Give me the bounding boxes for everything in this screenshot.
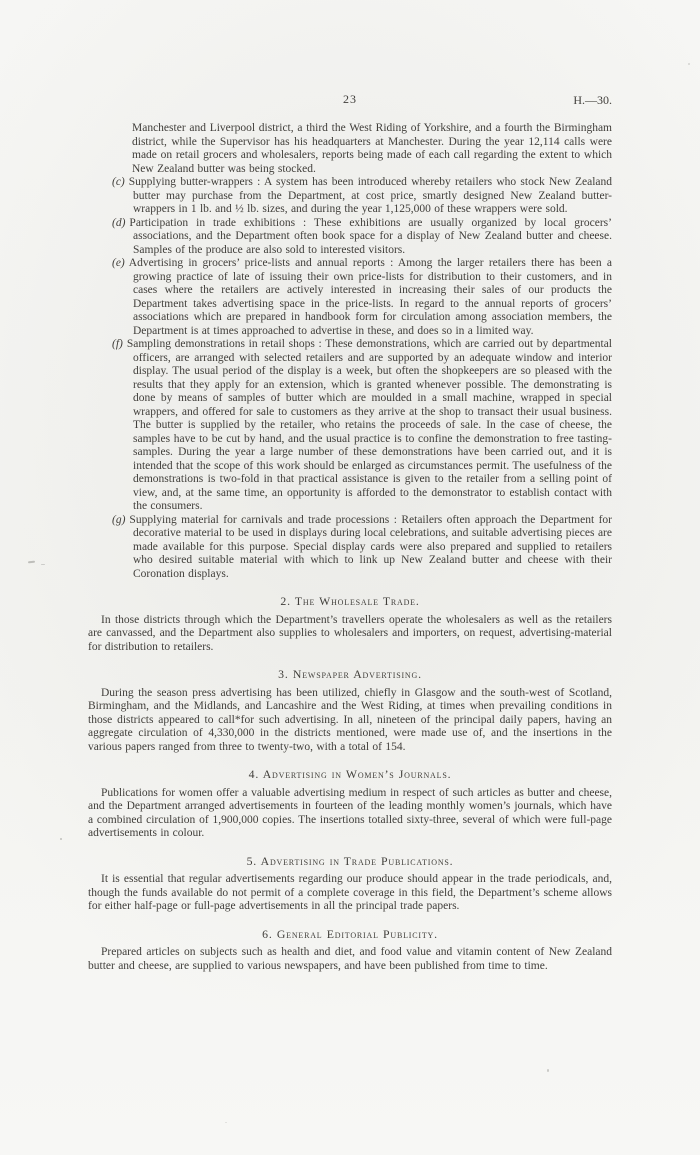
list-item-f: (f)Sampling demonstrations in retail sho… [88,338,612,514]
section-newspaper-advertising: 3. Newspaper Advertising. During the sea… [88,668,612,754]
section-editorial-publicity: 6. General Editorial Publicity. Prepared… [88,928,612,974]
scan-speck [380,136,381,137]
section-heading: 3. Newspaper Advertising. [88,668,612,682]
section-wholesale-trade: 2. The Wholesale Trade. In those distric… [88,595,612,654]
list-item-label: (e) [112,257,129,269]
scanned-document-page: 23 H.—30. Manchester and Liverpool distr… [0,0,700,1155]
scan-speck [688,63,690,65]
list-item-d: (d)Participation in trade exhibitions : … [88,217,612,258]
section-paragraph: Prepared articles on subjects such as he… [88,946,612,973]
scan-speck [225,1122,227,1123]
section-heading: 5. Advertising in Trade Publications. [88,855,612,869]
list-item-label: (d) [112,217,129,229]
list-item-label: (f) [112,338,127,350]
page-header: 23 H.—30. [88,92,612,107]
section-paragraph: It is essential that regular advertiseme… [88,873,612,914]
section-heading: 6. General Editorial Publicity. [88,928,612,942]
scan-speck [28,561,35,564]
list-item-text: Supplying butter-wrappers : A system has… [129,176,612,215]
list-item-g: (g)Supplying material for carnivals and … [88,514,612,582]
continuation-paragraph: Manchester and Liverpool district, a thi… [88,122,612,176]
section-heading: 2. The Wholesale Trade. [88,595,612,609]
section-paragraph: In those districts through which the Dep… [88,614,612,655]
page-number: 23 [88,92,612,107]
list-item-e: (e)Advertising in grocers’ price-lists a… [88,257,612,338]
list-item-text: Advertising in grocers’ price-lists and … [129,257,612,337]
section-paragraph: Publications for women offer a valuable … [88,787,612,841]
list-item-label: (c) [112,176,129,188]
section-trade-publications: 5. Advertising in Trade Publications. It… [88,855,612,914]
list-item-c: (c)Supplying butter-wrappers : A system … [88,176,612,217]
scan-speck [547,1069,549,1072]
section-womens-journals: 4. Advertising in Women’s Journals. Publ… [88,768,612,841]
list-item-text: Sampling demonstrations in retail shops … [127,338,612,512]
scan-speck [60,838,62,840]
list-item-text: Participation in trade exhibitions : The… [129,217,612,256]
document-reference: H.—30. [573,93,612,108]
list-item-label: (g) [112,514,129,526]
list-item-text: Supplying material for carnivals and tra… [129,514,612,580]
scan-speck [41,564,45,565]
text-block: 23 H.—30. Manchester and Liverpool distr… [88,92,612,973]
section-paragraph: During the season press advertising has … [88,687,612,755]
section-heading: 4. Advertising in Women’s Journals. [88,768,612,782]
lettered-list: (c)Supplying butter-wrappers : A system … [88,176,612,581]
